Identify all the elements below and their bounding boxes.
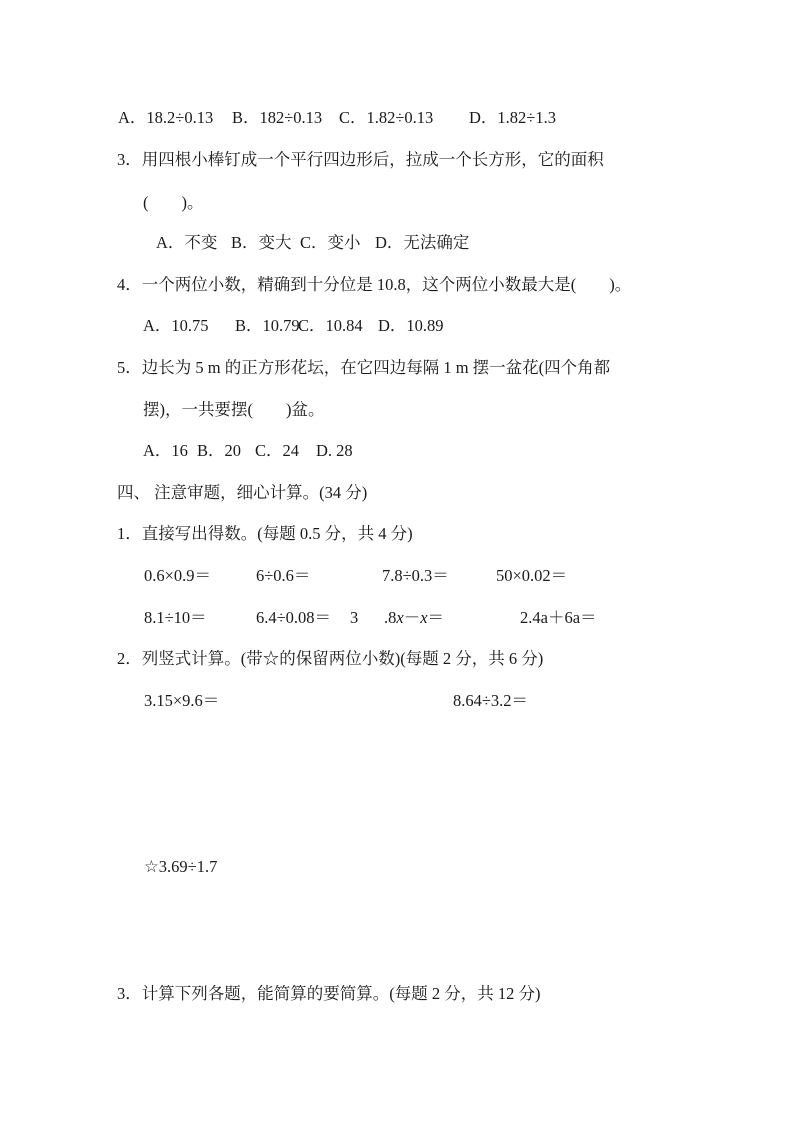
q4-option-b: B．10.79 xyxy=(235,316,300,336)
q5-option-b: B．20 xyxy=(197,441,241,461)
mental-calc-item-fragment: 3 xyxy=(350,608,358,628)
section-4-heading: 四、 注意审题，细心计算。(34 分) xyxy=(117,483,367,503)
q4-option-d: D．10.89 xyxy=(378,316,444,336)
mental-calc-item: 2.4a＋6a＝ xyxy=(520,608,597,628)
expr-coef: .8 xyxy=(384,608,396,627)
vertical-calc-item: 3.15×9.6＝ xyxy=(144,691,219,711)
mental-calc-item: 0.6×0.9＝ xyxy=(144,566,211,586)
q3-option-b: B．变大 xyxy=(231,233,292,253)
mental-calc-item: 8.1÷10＝ xyxy=(144,608,207,628)
vertical-calc-item: ☆3.69÷1.7 xyxy=(144,857,217,877)
part1-title: 1．直接写出得数。(每题 0.5 分，共 4 分) xyxy=(117,524,413,544)
q2-option-a: A．18.2÷0.13 xyxy=(118,108,213,128)
q4-stem: 4．一个两位小数，精确到十分位是 10.8，这个两位小数最大是( )。 xyxy=(117,275,631,295)
q3-stem-line1: 3．用四根小棒钉成一个平行四边形后，拉成一个长方形，它的面积 xyxy=(117,150,604,170)
q5-option-a: A．16 xyxy=(143,441,188,461)
q2-option-c: C．1.82÷0.13 xyxy=(339,108,433,128)
mental-calc-item: 6.4÷0.08＝ xyxy=(256,608,331,628)
mental-calc-item: .8x－x＝ xyxy=(384,608,444,628)
q3-option-d: D．无法确定 xyxy=(375,233,469,253)
expr-var: x xyxy=(420,608,427,627)
q3-option-a: A．不变 xyxy=(156,233,217,253)
q3-option-c: C．变小 xyxy=(300,233,361,253)
expr-var: x xyxy=(396,608,403,627)
vertical-calc-item: 8.64÷3.2＝ xyxy=(453,691,528,711)
q2-option-d: D．1.82÷1.3 xyxy=(469,108,556,128)
q5-option-d: D. 28 xyxy=(316,441,353,461)
q3-stem-line2: ( )。 xyxy=(143,193,204,213)
q4-option-c: C．10.84 xyxy=(298,316,363,336)
expr-minus: － xyxy=(404,608,421,627)
q2-option-b: B．182÷0.13 xyxy=(232,108,322,128)
part3-title: 3．计算下列各题，能简算的要简算。(每题 2 分，共 12 分) xyxy=(117,984,541,1004)
q5-stem-line1: 5．边长为 5 m 的正方形花坛，在它四边每隔 1 m 摆一盆花(四个角都 xyxy=(117,358,610,378)
q5-stem-line2: 摆)，一共要摆( )盆。 xyxy=(143,400,324,420)
part2-title: 2．列竖式计算。(带☆的保留两位小数)(每题 2 分，共 6 分) xyxy=(117,649,543,669)
mental-calc-item: 6÷0.6＝ xyxy=(256,566,310,586)
q4-option-a: A．10.75 xyxy=(143,316,209,336)
expr-equals: ＝ xyxy=(428,608,445,627)
mental-calc-item: 50×0.02＝ xyxy=(496,566,567,586)
q5-option-c: C．24 xyxy=(255,441,299,461)
mental-calc-item: 7.8÷0.3＝ xyxy=(382,566,449,586)
